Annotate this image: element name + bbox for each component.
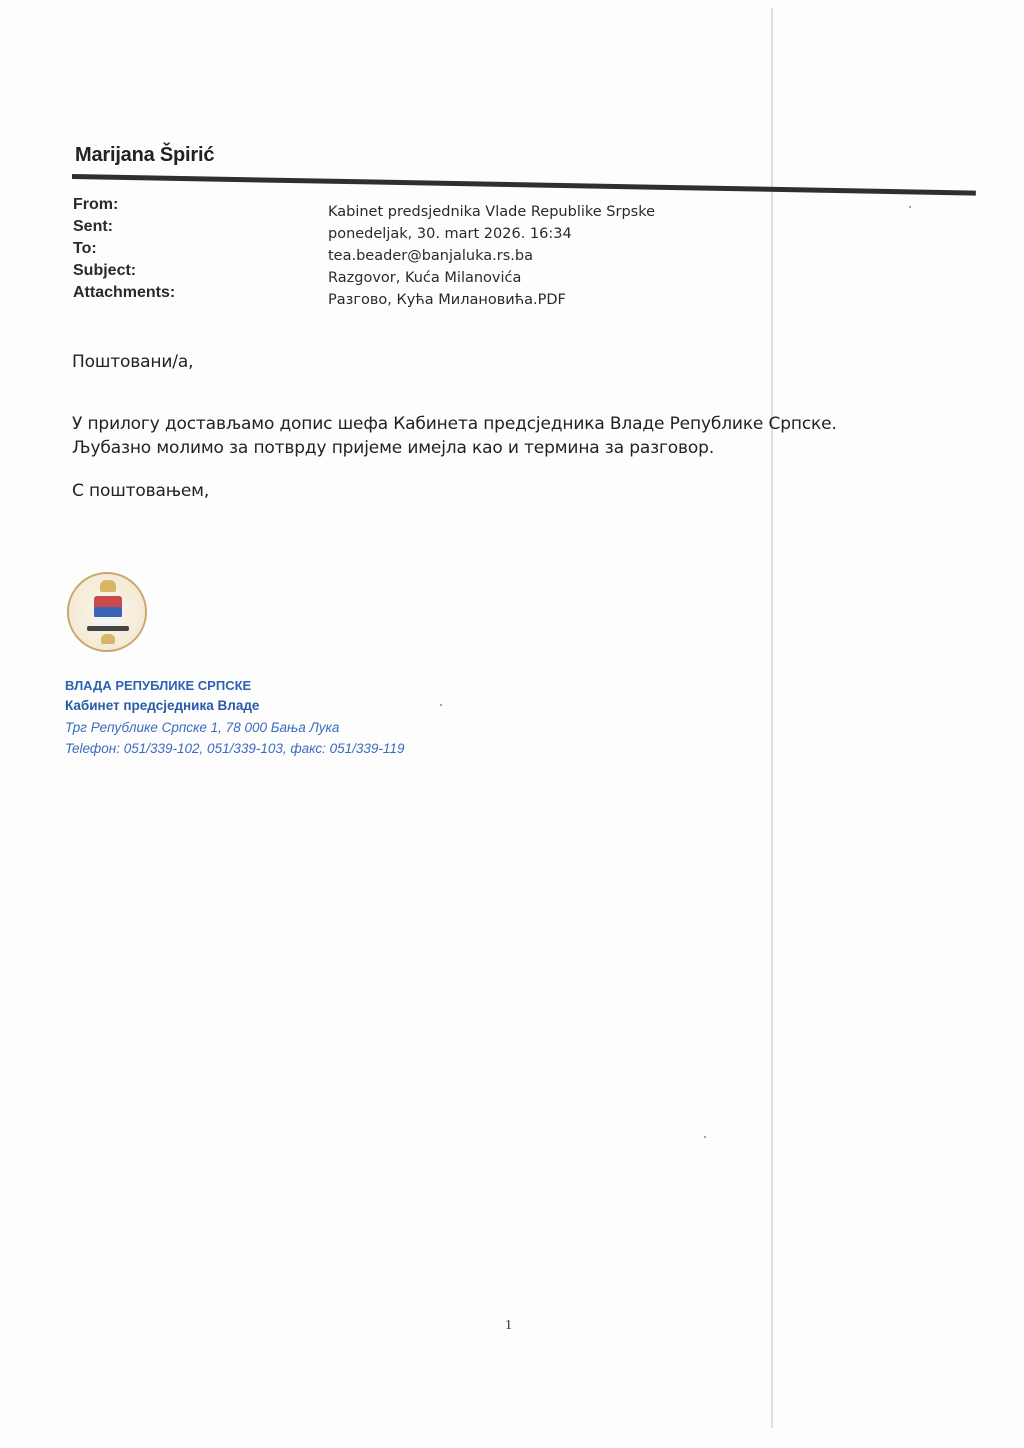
scanned-email-page: Marijana Špirić From: Kabinet predsjedni… [0,0,1024,1448]
header-label: To: [73,240,97,258]
coat-of-arms-icon [67,572,147,652]
header-to: To: tea.beader@banjaluka.rs.ba [73,240,773,262]
signature-address: Трг Републике Српске 1, 78 000 Бања Лука [65,720,339,735]
closing: С поштовањем, [72,481,209,501]
scan-speck [909,206,911,208]
signature-organization: ВЛАДА РЕПУБЛИКЕ СРПСКЕ [65,678,251,693]
scan-speck [704,1136,706,1138]
signature-phone: Telефон: 051/339-102, 051/339-103, факс:… [65,741,404,756]
header-attachments: Attachments: Разгово, Кућа Милановића.PD… [73,284,773,306]
page-number: 1 [505,1318,512,1334]
body-line-1: У прилогу достављамо допис шефа Кабинета… [72,414,837,434]
signature-department: Кабинет предсједника Владе [65,698,259,713]
header-label: Sent: [73,218,113,236]
scan-speck [440,704,442,706]
attachment-filename: Разгово, Кућа Милановића.PDF [328,292,566,308]
header-label: Subject: [73,262,136,280]
header-label: Attachments: [73,284,175,302]
greeting: Поштовани/а, [72,352,193,372]
header-label: From: [73,196,118,214]
body-line-2: Љубазно молимо за потврду пријеме имејла… [72,438,714,458]
sender-name: Marijana Špirić [75,144,214,167]
header-subject: Subject: Razgovor, Kuća Milanovića [73,262,773,284]
header-from: From: Kabinet predsjednika Vlade Republi… [73,196,773,218]
header-rule [72,174,976,196]
header-sent: Sent: ponedeljak, 30. mart 2026. 16:34 [73,218,773,240]
